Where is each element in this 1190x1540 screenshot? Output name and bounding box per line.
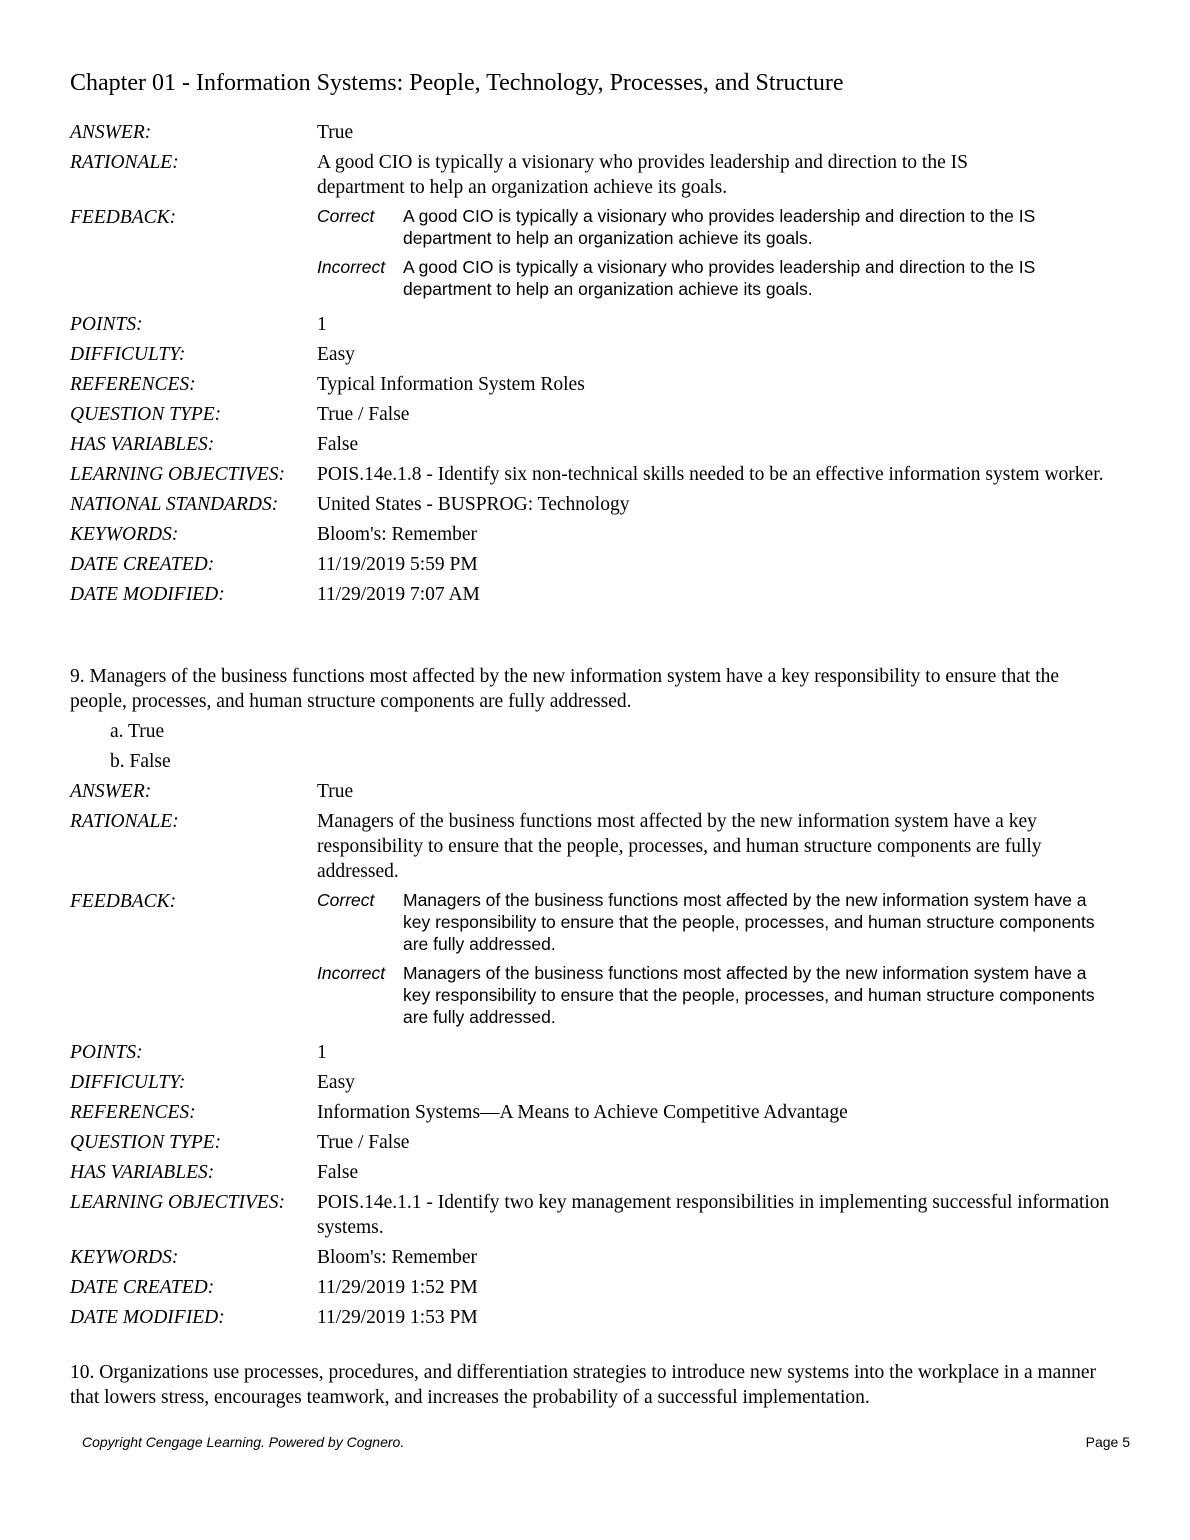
field-label: DATE MODIFIED: <box>70 582 317 607</box>
field-label: DIFFICULTY: <box>70 1070 317 1095</box>
field-label: POINTS: <box>70 1040 317 1065</box>
feedback-label: Incorrect <box>317 256 403 300</box>
field-keywords: KEYWORDS: Bloom's: Remember <box>70 522 1120 547</box>
feedback-label: Correct <box>317 889 403 955</box>
field-label: DATE MODIFIED: <box>70 1305 317 1330</box>
field-difficulty: DIFFICULTY: Easy <box>70 342 1120 367</box>
field-value: United States - BUSPROG: Technology <box>317 492 1120 517</box>
feedback-text: Managers of the business functions most … <box>403 962 1100 1028</box>
field-keywords: KEYWORDS: Bloom's: Remember <box>70 1245 1120 1270</box>
field-value: False <box>317 1160 1120 1185</box>
field-value: Easy <box>317 1070 1120 1095</box>
field-label: RATIONALE: <box>70 809 317 884</box>
field-value: 1 <box>317 1040 1120 1065</box>
field-value: Easy <box>317 342 1120 367</box>
field-label: FEEDBACK: <box>70 889 317 1035</box>
field-label: DATE CREATED: <box>70 552 317 577</box>
field-points: POINTS: 1 <box>70 1040 1120 1065</box>
feedback-incorrect: Incorrect Managers of the business funct… <box>317 962 1100 1028</box>
field-label: POINTS: <box>70 312 317 337</box>
field-label: NATIONAL STANDARDS: <box>70 492 317 517</box>
field-has-variables: HAS VARIABLES: False <box>70 1160 1120 1185</box>
feedback-correct: Correct Managers of the business functio… <box>317 889 1100 955</box>
field-label: DATE CREATED: <box>70 1275 317 1300</box>
field-label: KEYWORDS: <box>70 1245 317 1270</box>
prev-question-metadata: ANSWER: True RATIONALE: A good CIO is ty… <box>70 120 1120 612</box>
chapter-title: Chapter 01 - Information Systems: People… <box>70 70 844 97</box>
feedback-correct: Correct A good CIO is typically a vision… <box>317 205 1120 249</box>
field-value: Information Systems—A Means to Achieve C… <box>317 1100 1120 1125</box>
field-references: REFERENCES: Information Systems—A Means … <box>70 1100 1120 1125</box>
field-label: HAS VARIABLES: <box>70 1160 317 1185</box>
field-label: REFERENCES: <box>70 1100 317 1125</box>
field-value: True / False <box>317 402 1120 427</box>
field-question-type: QUESTION TYPE: True / False <box>70 402 1120 427</box>
field-value: True <box>317 779 1120 804</box>
page-number: Page 5 <box>1086 1434 1130 1450</box>
field-value: A good CIO is typically a visionary who … <box>317 150 1120 200</box>
field-value: Typical Information System Roles <box>317 372 1120 397</box>
field-value: 11/29/2019 1:52 PM <box>317 1275 1120 1300</box>
field-label: RATIONALE: <box>70 150 317 200</box>
field-value: 11/19/2019 5:59 PM <box>317 552 1120 577</box>
field-label: HAS VARIABLES: <box>70 432 317 457</box>
field-label: QUESTION TYPE: <box>70 402 317 427</box>
field-value: POIS.14e.1.8 - Identify six non-technica… <box>317 462 1120 487</box>
field-label: LEARNING OBJECTIVES: <box>70 462 317 487</box>
field-date-created: DATE CREATED: 11/29/2019 1:52 PM <box>70 1275 1120 1300</box>
copyright-text: Copyright Cengage Learning. Powered by C… <box>82 1434 404 1450</box>
field-label: KEYWORDS: <box>70 522 317 547</box>
field-value: False <box>317 432 1120 457</box>
feedback-text: A good CIO is typically a visionary who … <box>403 256 1120 300</box>
field-value: Managers of the business functions most … <box>317 809 1120 884</box>
field-learning-objectives: LEARNING OBJECTIVES: POIS.14e.1.8 - Iden… <box>70 462 1120 487</box>
field-has-variables: HAS VARIABLES: False <box>70 432 1120 457</box>
question-text: 10. Organizations use processes, procedu… <box>70 1360 1120 1410</box>
field-difficulty: DIFFICULTY: Easy <box>70 1070 1120 1095</box>
field-value: 1 <box>317 312 1120 337</box>
field-label: REFERENCES: <box>70 372 317 397</box>
field-date-created: DATE CREATED: 11/19/2019 5:59 PM <box>70 552 1120 577</box>
question-9: 9. Managers of the business functions mo… <box>70 664 1120 1335</box>
field-answer: ANSWER: True <box>70 120 1120 145</box>
option-b: b. False <box>70 749 1120 774</box>
feedback-label: Incorrect <box>317 962 403 1028</box>
field-label: LEARNING OBJECTIVES: <box>70 1190 317 1240</box>
field-references: REFERENCES: Typical Information System R… <box>70 372 1120 397</box>
field-points: POINTS: 1 <box>70 312 1120 337</box>
field-question-type: QUESTION TYPE: True / False <box>70 1130 1120 1155</box>
field-label: DIFFICULTY: <box>70 342 317 367</box>
field-value: Bloom's: Remember <box>317 522 1120 547</box>
field-value: True / False <box>317 1130 1120 1155</box>
question-text: 9. Managers of the business functions mo… <box>70 664 1120 714</box>
feedback-incorrect: Incorrect A good CIO is typically a visi… <box>317 256 1120 300</box>
field-rationale: RATIONALE: A good CIO is typically a vis… <box>70 150 1120 200</box>
field-value: Bloom's: Remember <box>317 1245 1120 1270</box>
field-national-standards: NATIONAL STANDARDS: United States - BUSP… <box>70 492 1120 517</box>
question-10: 10. Organizations use processes, procedu… <box>70 1360 1120 1410</box>
field-label: QUESTION TYPE: <box>70 1130 317 1155</box>
feedback-text: Managers of the business functions most … <box>403 889 1100 955</box>
field-value: 11/29/2019 1:53 PM <box>317 1305 1120 1330</box>
field-value: True <box>317 120 1120 145</box>
field-feedback: FEEDBACK: Correct A good CIO is typicall… <box>70 205 1120 307</box>
feedback-text: A good CIO is typically a visionary who … <box>403 205 1120 249</box>
field-value: POIS.14e.1.1 - Identify two key manageme… <box>317 1190 1120 1240</box>
feedback-label: Correct <box>317 205 403 249</box>
feedback-list: Correct Managers of the business functio… <box>317 889 1120 1035</box>
field-learning-objectives: LEARNING OBJECTIVES: POIS.14e.1.1 - Iden… <box>70 1190 1120 1240</box>
field-rationale: RATIONALE: Managers of the business func… <box>70 809 1120 884</box>
field-value: 11/29/2019 7:07 AM <box>317 582 1120 607</box>
option-a: a. True <box>70 719 1120 744</box>
field-date-modified: DATE MODIFIED: 11/29/2019 7:07 AM <box>70 582 1120 607</box>
field-date-modified: DATE MODIFIED: 11/29/2019 1:53 PM <box>70 1305 1120 1330</box>
field-label: FEEDBACK: <box>70 205 317 307</box>
field-feedback: FEEDBACK: Correct Managers of the busine… <box>70 889 1120 1035</box>
field-label: ANSWER: <box>70 120 317 145</box>
feedback-list: Correct A good CIO is typically a vision… <box>317 205 1120 307</box>
field-answer: ANSWER: True <box>70 779 1120 804</box>
field-label: ANSWER: <box>70 779 317 804</box>
